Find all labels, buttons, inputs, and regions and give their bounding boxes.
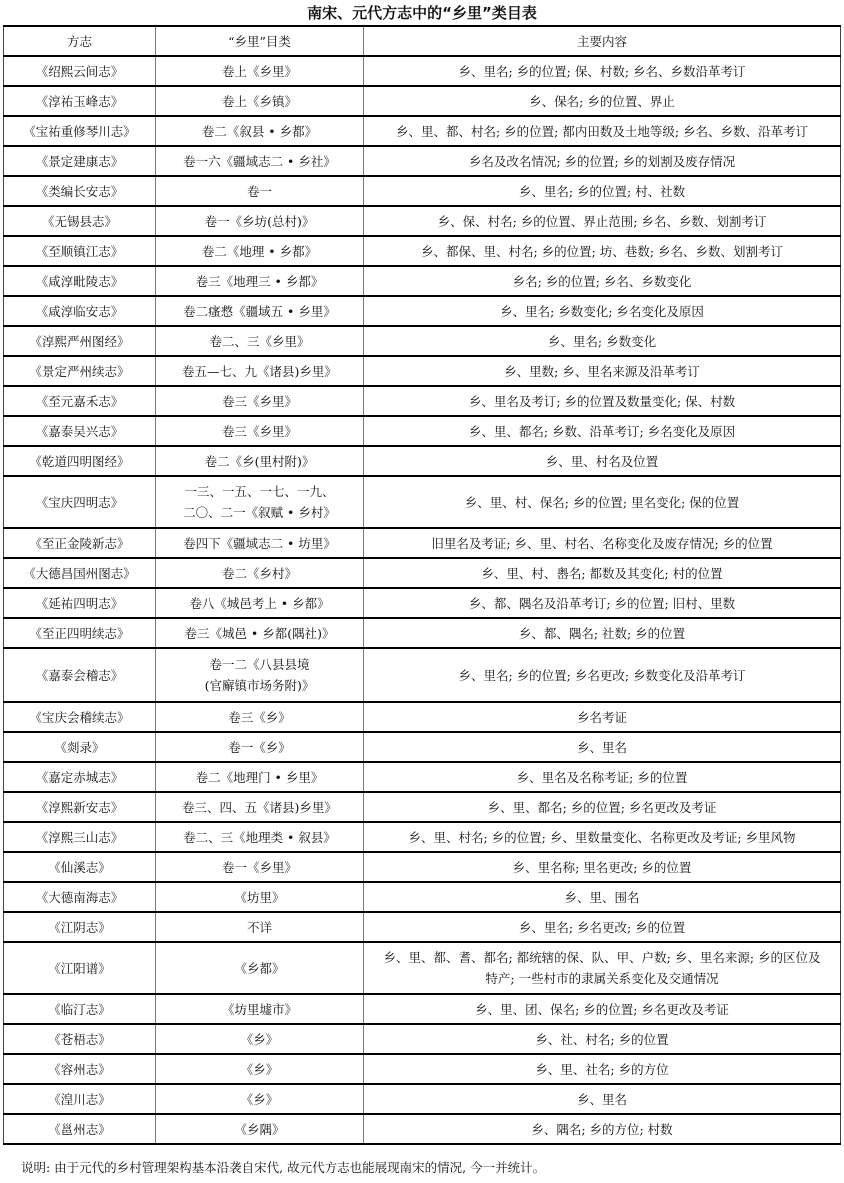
cell-category: 卷三《乡里》 [156,386,364,416]
table-row: 《大德昌国州图志》 卷二《乡村》 乡、里、村、嶴名; 都数及其变化; 村的位置 [4,558,841,588]
cell-category: 卷三《城邑 • 乡都(隅社)》 [156,618,364,648]
cell-content: 乡、里、都名; 乡的位置; 乡名更改及考证 [364,792,841,822]
cell-content: 乡、里名 [364,732,841,762]
cell-category: 卷三《乡》 [156,702,364,732]
table-row: 《嘉泰吴兴志》 卷三《乡里》 乡、里、都名; 乡数、沿革考订; 乡名变化及原因 [4,416,841,446]
cell-gazetteer: 《宝庆四明志》 [4,476,156,528]
cell-gazetteer: 《邕州志》 [4,1114,156,1144]
table-title: 南宋、元代方志中的“乡里”类目表 [0,2,844,24]
table-row: 《宝庆四明志》 一三、一五、一七、一九、 二〇、二一《叙赋 • 乡村》 乡、里、… [4,476,841,528]
table-row: 《大德南海志》 《坊里》 乡、里、围名 [4,882,841,912]
cell-gazetteer: 《淳熙新安志》 [4,792,156,822]
cell-gazetteer: 《乾道四明图经》 [4,446,156,476]
cell-content: 乡、保名; 乡的位置、界止 [364,86,841,116]
cell-content: 乡、里名及名称考证; 乡的位置 [364,762,841,792]
cell-content: 乡、里名 [364,1084,841,1114]
cell-gazetteer: 《类编长安志》 [4,176,156,206]
cell-content: 乡、里名; 乡的位置; 村、社数 [364,176,841,206]
cell-gazetteer: 《延祐四明志》 [4,588,156,618]
cell-content: 乡、里名称; 里名更改; 乡的位置 [364,852,841,882]
table-row: 《淳熙严州图经》 卷二、三《乡里》 乡、里名; 乡数变化 [4,326,841,356]
cell-content: 乡、里、都、村名; 乡的位置; 都内田数及土地等级; 乡名、乡数、沿革考订 [364,116,841,146]
cell-gazetteer: 《宝祐重修琴川志》 [4,116,156,146]
cell-content-line: 乡、里、都、耆、都名; 都统辖的保、队、甲、户数; 乡、里名来源; 乡的区位及 [368,947,836,968]
table-row: 《宝祐重修琴川志》 卷二《叙县 • 乡都》 乡、里、都、村名; 乡的位置; 都内… [4,116,841,146]
cell-category: 卷上《乡镇》 [156,86,364,116]
cell-gazetteer: 《嘉泰吴兴志》 [4,416,156,446]
cell-content: 乡名及改名情况; 乡的位置; 乡的划割及废存情况 [364,146,841,176]
cell-category: 卷二、三《地理类 • 叙县》 [156,822,364,852]
table-row: 《绍熙云间志》 卷上《乡里》 乡、里名; 乡的位置; 保、村数; 乡名、乡数沿革… [4,56,841,86]
table-row: 《嘉定赤城志》 卷二《地理门 • 乡里》 乡、里名及名称考证; 乡的位置 [4,762,841,792]
table-row: 《临汀志》 《坊里墟市》 乡、里、团、保名; 乡的位置; 乡名更改及考证 [4,994,841,1024]
table-row: 《湟川志》 《乡》 乡、里名 [4,1084,841,1114]
cell-gazetteer: 《咸淳临安志》 [4,296,156,326]
cell-content: 乡、里、村名; 乡的位置; 乡、里数量变化、名称更改及考证; 乡里风物 [364,822,841,852]
cell-content: 乡、里、都名; 乡数、沿革考订; 乡名变化及原因 [364,416,841,446]
cell-category: 卷二《叙县 • 乡都》 [156,116,364,146]
cell-content: 乡名考证 [364,702,841,732]
cell-gazetteer: 《临汀志》 [4,994,156,1024]
cell-content: 乡、里名; 乡的位置; 保、村数; 乡名、乡数沿革考订 [364,56,841,86]
table-row: 《至正金陵新志》 卷四下《疆域志二 • 坊里》 旧里名及考证; 乡、里、村名、名… [4,528,841,558]
table-header-row: 方志 “乡里”目类 主要内容 [4,26,841,56]
cell-category: 不详 [156,912,364,942]
cell-category: 卷三、四、五《诸县)乡里》 [156,792,364,822]
cell-content: 乡、里名; 乡数变化; 乡名变化及原因 [364,296,841,326]
cell-gazetteer: 《容州志》 [4,1054,156,1084]
cell-gazetteer: 《景定严州续志》 [4,356,156,386]
cell-content: 乡、保、村名; 乡的位置、界止范围; 乡名、乡数、划割考订 [364,206,841,236]
cell-gazetteer: 《大德南海志》 [4,882,156,912]
cell-category: 卷上《乡里》 [156,56,364,86]
cell-content-line: 特产; 一些村市的隶属关系变化及交通情况 [368,968,836,989]
table-row: 《景定建康志》 卷一六《疆域志二 • 乡社》 乡名及改名情况; 乡的位置; 乡的… [4,146,841,176]
cell-gazetteer: 《嘉定赤城志》 [4,762,156,792]
cell-category: 卷二瘙慦《疆域五 • 乡里》 [156,296,364,326]
table-row: 《咸淳临安志》 卷二瘙慦《疆域五 • 乡里》 乡、里名; 乡数变化; 乡名变化及… [4,296,841,326]
cell-category-line: 一三、一五、一七、一九、 [160,481,359,502]
table-row: 《江阳谱》 《乡都》 乡、里、都、耆、都名; 都统辖的保、队、甲、户数; 乡、里… [4,942,841,994]
table-row: 《乾道四明图经》 卷二《乡(里村附)》 乡、里、村名及位置 [4,446,841,476]
cell-category: 卷一二《八县县境 (官廨镇市场务附)》 [156,648,364,702]
cell-gazetteer: 《至顺镇江志》 [4,236,156,266]
cell-content: 乡、里名; 乡数变化 [364,326,841,356]
cell-gazetteer: 《大德昌国州图志》 [4,558,156,588]
cell-content: 乡、里名; 乡名更改; 乡的位置 [364,912,841,942]
table-row: 《苍梧志》 《乡》 乡、社、村名; 乡的位置 [4,1024,841,1054]
cell-content: 乡、里名及考订; 乡的位置及数量变化; 保、村数 [364,386,841,416]
cell-gazetteer: 《剡录》 [4,732,156,762]
table-row: 《容州志》 《乡》 乡、里、社名; 乡的方位 [4,1054,841,1084]
cell-content: 旧里名及考证; 乡、里、村名、名称变化及废存情况; 乡的位置 [364,528,841,558]
table-row: 《至元嘉禾志》 卷三《乡里》 乡、里名及考订; 乡的位置及数量变化; 保、村数 [4,386,841,416]
column-header-category: “乡里”目类 [156,26,364,56]
cell-gazetteer: 《江阴志》 [4,912,156,942]
cell-category: 《坊里墟市》 [156,994,364,1024]
cell-gazetteer: 《苍梧志》 [4,1024,156,1054]
cell-gazetteer: 《淳祐玉峰志》 [4,86,156,116]
table-row: 《至正四明续志》 卷三《城邑 • 乡都(隅社)》 乡、都、隅名; 社数; 乡的位… [4,618,841,648]
cell-category: 卷二《乡村》 [156,558,364,588]
cell-content: 乡、都、隅名; 社数; 乡的位置 [364,618,841,648]
cell-category: 《乡都》 [156,942,364,994]
cell-gazetteer: 《宝庆会稽续志》 [4,702,156,732]
cell-content: 乡、里、村名及位置 [364,446,841,476]
table-row: 《仙溪志》 卷一《乡里》 乡、里名称; 里名更改; 乡的位置 [4,852,841,882]
cell-content: 乡、都保、里、村名; 乡的位置; 坊、巷数; 乡名、乡数、划割考订 [364,236,841,266]
cell-category: 《坊里》 [156,882,364,912]
cell-content: 乡、里、村、保名; 乡的位置; 里名变化; 保的位置 [364,476,841,528]
table-row: 《无锡县志》 卷一《乡坊(总村)》 乡、保、村名; 乡的位置、界止范围; 乡名、… [4,206,841,236]
cell-gazetteer: 《景定建康志》 [4,146,156,176]
cell-content: 乡名; 乡的位置; 乡名、乡数变化 [364,266,841,296]
cell-content: 乡、隅名; 乡的方位; 村数 [364,1114,841,1144]
table-row: 《至顺镇江志》 卷二《地理 • 乡都》 乡、都保、里、村名; 乡的位置; 坊、巷… [4,236,841,266]
cell-category: 卷一《乡里》 [156,852,364,882]
cell-category: 《乡隅》 [156,1114,364,1144]
gazetteer-table: 方志 “乡里”目类 主要内容 《绍熙云间志》 卷上《乡里》 乡、里名; 乡的位置… [3,25,841,1145]
cell-category: 卷四下《疆域志二 • 坊里》 [156,528,364,558]
cell-gazetteer: 《淳熙严州图经》 [4,326,156,356]
cell-content: 乡、里、都、耆、都名; 都统辖的保、队、甲、户数; 乡、里名来源; 乡的区位及 … [364,942,841,994]
cell-gazetteer: 《至正四明续志》 [4,618,156,648]
cell-gazetteer: 《江阳谱》 [4,942,156,994]
cell-content: 乡、都、隅名及沿革考订; 乡的位置; 旧村、里数 [364,588,841,618]
cell-category: 卷三《地理三 • 乡都》 [156,266,364,296]
cell-content: 乡、里数; 乡、里名来源及沿革考订 [364,356,841,386]
cell-gazetteer: 《至元嘉禾志》 [4,386,156,416]
column-header-gazetteer: 方志 [4,26,156,56]
cell-gazetteer: 《嘉泰会稽志》 [4,648,156,702]
cell-category: 卷二《地理门 • 乡里》 [156,762,364,792]
cell-category: 卷一《乡坊(总村)》 [156,206,364,236]
cell-gazetteer: 《绍熙云间志》 [4,56,156,86]
table-row: 《类编长安志》 卷一 乡、里名; 乡的位置; 村、社数 [4,176,841,206]
table-row: 《景定严州续志》 卷五—七、九《诸县)乡里》 乡、里数; 乡、里名来源及沿革考订 [4,356,841,386]
cell-content: 乡、里、团、保名; 乡的位置; 乡名更改及考证 [364,994,841,1024]
cell-category: 卷五—七、九《诸县)乡里》 [156,356,364,386]
cell-category: 《乡》 [156,1024,364,1054]
table-row: 《剡录》 卷一《乡》 乡、里名 [4,732,841,762]
table-row: 《江阴志》 不详 乡、里名; 乡名更改; 乡的位置 [4,912,841,942]
cell-category: 卷二、三《乡里》 [156,326,364,356]
cell-category: 卷一六《疆域志二 • 乡社》 [156,146,364,176]
cell-content: 乡、里、村、嶴名; 都数及其变化; 村的位置 [364,558,841,588]
cell-category: 卷一 [156,176,364,206]
cell-category: 一三、一五、一七、一九、 二〇、二一《叙赋 • 乡村》 [156,476,364,528]
table-row: 《淳祐玉峰志》 卷上《乡镇》 乡、保名; 乡的位置、界止 [4,86,841,116]
cell-category: 卷二《地理 • 乡都》 [156,236,364,266]
cell-gazetteer: 《无锡县志》 [4,206,156,236]
cell-category-line: 卷一二《八县县境 [160,654,359,675]
cell-gazetteer: 《咸淳毗陵志》 [4,266,156,296]
cell-content: 乡、社、村名; 乡的位置 [364,1024,841,1054]
column-header-content: 主要内容 [364,26,841,56]
cell-category: 卷八《城邑考上 • 乡都》 [156,588,364,618]
table-row: 《宝庆会稽续志》 卷三《乡》 乡名考证 [4,702,841,732]
table-row: 《淳熙新安志》 卷三、四、五《诸县)乡里》 乡、里、都名; 乡的位置; 乡名更改… [4,792,841,822]
cell-category-line: (官廨镇市场务附)》 [160,675,359,696]
table-row: 《淳熙三山志》 卷二、三《地理类 • 叙县》 乡、里、村名; 乡的位置; 乡、里… [4,822,841,852]
cell-category: 《乡》 [156,1054,364,1084]
cell-content: 乡、里、围名 [364,882,841,912]
table-footnote: 说明: 由于元代的乡村管理架构基本沿袭自宋代, 故元代方志也能展现南宋的情况, … [21,1158,545,1178]
cell-gazetteer: 《仙溪志》 [4,852,156,882]
table-row: 《咸淳毗陵志》 卷三《地理三 • 乡都》 乡名; 乡的位置; 乡名、乡数变化 [4,266,841,296]
cell-content: 乡、里、社名; 乡的方位 [364,1054,841,1084]
table-row: 《延祐四明志》 卷八《城邑考上 • 乡都》 乡、都、隅名及沿革考订; 乡的位置;… [4,588,841,618]
cell-gazetteer: 《至正金陵新志》 [4,528,156,558]
cell-category: 《乡》 [156,1084,364,1114]
cell-gazetteer: 《淳熙三山志》 [4,822,156,852]
cell-gazetteer: 《湟川志》 [4,1084,156,1114]
cell-category: 卷三《乡里》 [156,416,364,446]
cell-category: 卷一《乡》 [156,732,364,762]
cell-content: 乡、里名; 乡的位置; 乡名更改; 乡数变化及沿革考订 [364,648,841,702]
cell-category: 卷二《乡(里村附)》 [156,446,364,476]
table-row: 《嘉泰会稽志》 卷一二《八县县境 (官廨镇市场务附)》 乡、里名; 乡的位置; … [4,648,841,702]
table-row: 《邕州志》 《乡隅》 乡、隅名; 乡的方位; 村数 [4,1114,841,1144]
cell-category-line: 二〇、二一《叙赋 • 乡村》 [160,502,359,523]
